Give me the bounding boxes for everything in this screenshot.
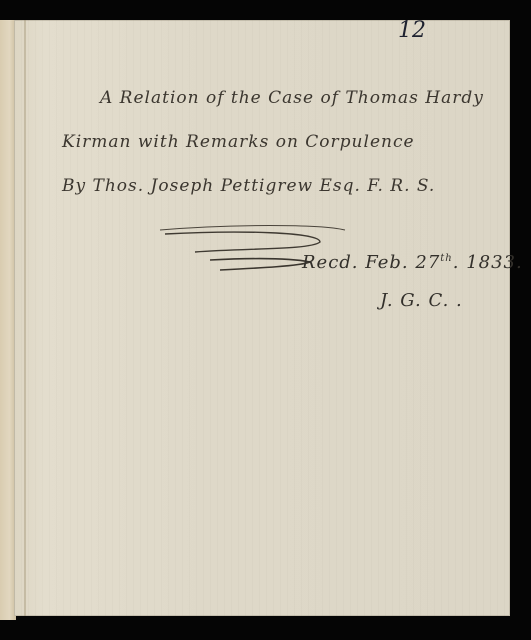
folio-number: 12 — [398, 18, 426, 43]
received-date-ordinal: th — [440, 253, 452, 264]
title-line-1: A Relation of the Case of Thomas Hardy — [100, 88, 484, 108]
received-date-note: Recd. Feb. 27th. 1833. — [302, 252, 523, 273]
received-date-prefix: Recd. Feb. 27 — [302, 252, 440, 273]
title-line-3: By Thos. Joseph Pettigrew Esq. F. R. S. — [62, 176, 435, 196]
received-initials: J. G. C. . — [380, 290, 463, 311]
received-date-year: . 1833. — [453, 252, 523, 273]
manuscript-page — [14, 20, 510, 616]
title-line-2: Kirman with Remarks on Corpulence — [62, 132, 415, 152]
page-fold-line — [24, 20, 26, 616]
